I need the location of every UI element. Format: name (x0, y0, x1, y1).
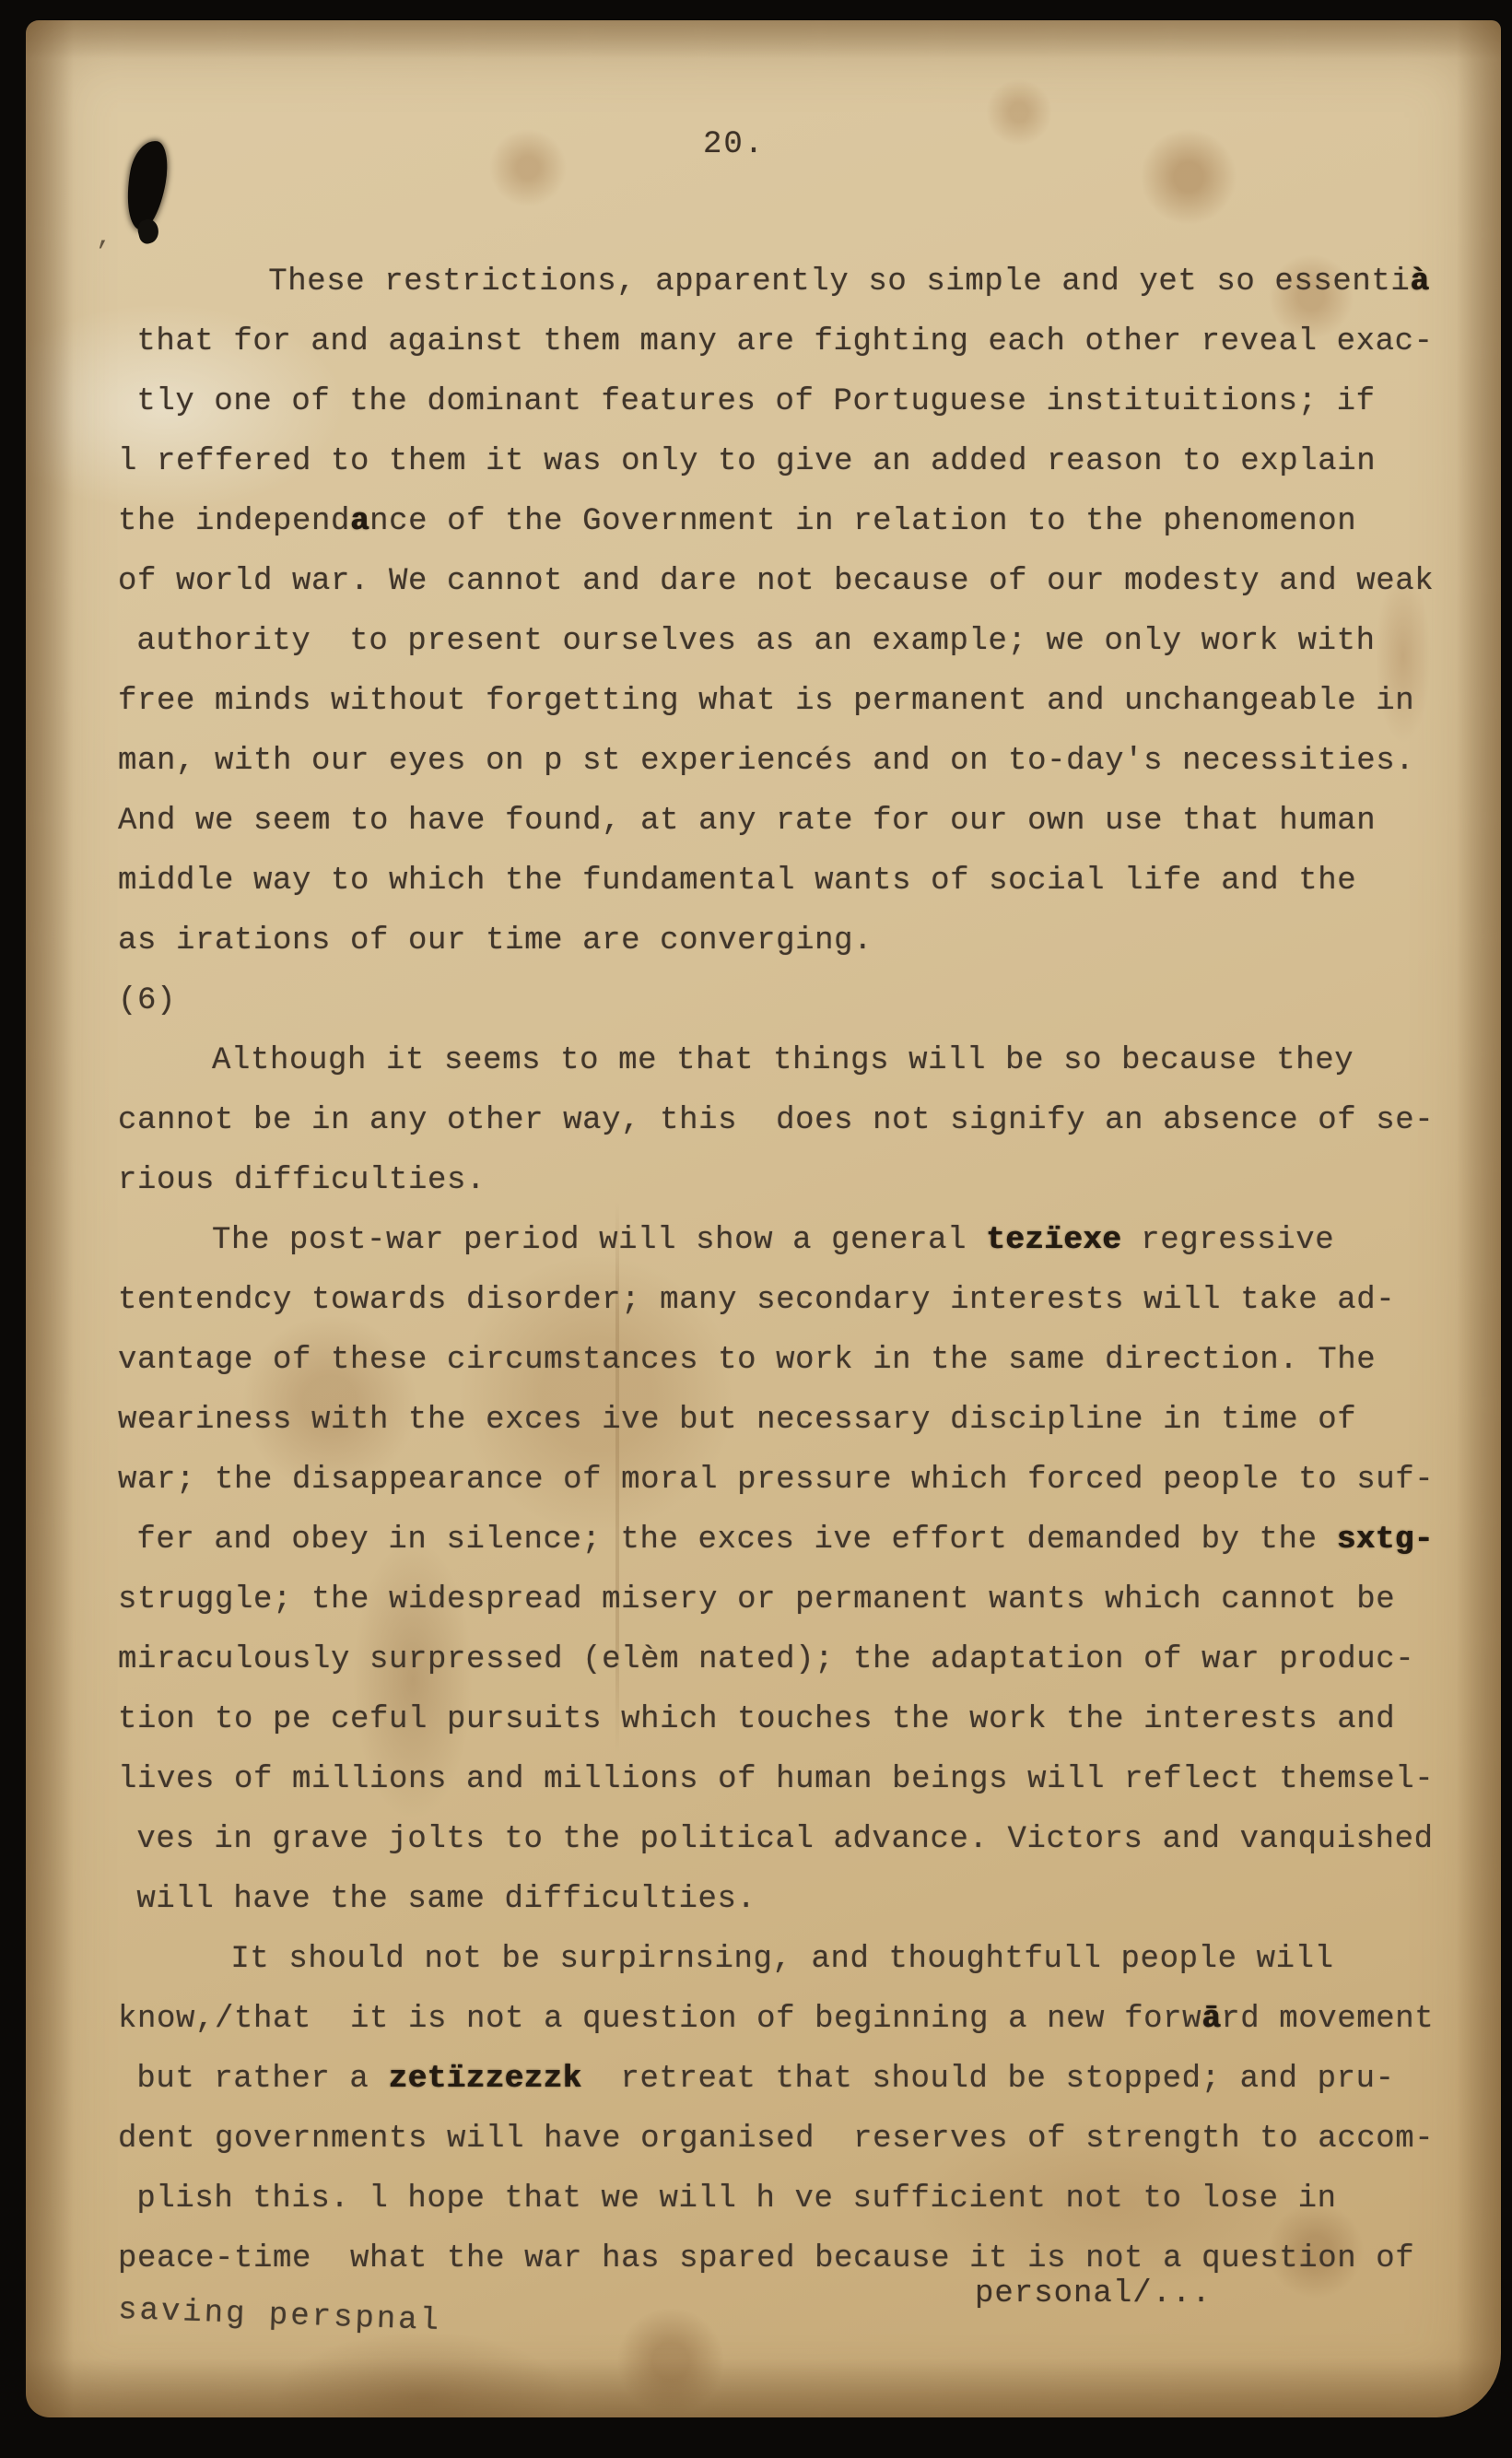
typed-line: will have the same difficulties. (118, 1870, 1500, 1930)
typed-line: fer and obey in silence; the exces ive e… (118, 1511, 1500, 1570)
typed-line: struggle; the widespread misery or perma… (118, 1570, 1500, 1630)
typed-text: will have the same difficulties. (136, 1882, 756, 1917)
typed-line: weariness with the exces ive but necessa… (118, 1391, 1500, 1451)
typed-line: authority to present ourselves as an exa… (118, 612, 1500, 672)
typed-text: lives of millions and millions of human … (118, 1762, 1434, 1797)
typed-text: middle way to which the fundamental want… (118, 864, 1356, 899)
typed-line: rious difficulties. (118, 1151, 1500, 1211)
typed-text: It should not be surpirnsing, and though… (230, 1942, 1333, 1977)
typed-text: that for and against them many are fight… (136, 324, 1433, 359)
typed-text: And we seem to have found, at any rate f… (118, 804, 1376, 839)
typed-text: regressive (1121, 1223, 1334, 1258)
typed-line: plish this. l hope that we will h ve suf… (118, 2170, 1500, 2229)
typed-line: that for and against them many are fight… (118, 312, 1500, 372)
typed-line: know,/that it is not a question of begin… (118, 1990, 1500, 2050)
typed-line: tion to pe ceful pursuits which touches … (118, 1690, 1500, 1750)
typed-line: It should not be surpirnsing, and though… (118, 1930, 1500, 1990)
typed-text: rious difficulties. (118, 1163, 486, 1198)
overstruck-text: a (350, 504, 369, 539)
overstruck-text: ā (1201, 2002, 1221, 2037)
typed-line: These restrictions, apparently so simple… (118, 253, 1500, 312)
typed-lines: These restrictions, apparently so simple… (118, 253, 1500, 2289)
footer-catchline: saving perspnal (117, 2293, 441, 2339)
typed-text: tly one of the dominant features of Port… (136, 384, 1375, 419)
typed-line: miraculously surpressed (elèm nated); th… (118, 1630, 1500, 1690)
typed-text: peace-time what the war has spared becau… (118, 2241, 1414, 2276)
typed-line: war; the disappearance of moral pressure… (118, 1451, 1500, 1511)
overstruck-text: à (1410, 265, 1429, 300)
typed-text: dent governments will have organised res… (118, 2122, 1434, 2157)
typed-line: but rather a zetïzzezzk retreat that sho… (118, 2050, 1500, 2110)
typed-text: (6) (118, 983, 176, 1018)
typed-text: These restrictions, apparently so simple… (268, 265, 1410, 300)
typed-text: weariness with the exces ive but necessa… (118, 1403, 1356, 1438)
footer-catchword: personal/... (975, 2276, 1212, 2311)
typed-text: the independ (118, 504, 350, 539)
typed-text: plish this. l hope that we will h ve suf… (136, 2182, 1336, 2217)
typed-line: tentendcy towards disorder; many seconda… (118, 1271, 1500, 1331)
typed-line: tly one of the dominant features of Port… (118, 372, 1500, 432)
typed-line: ves in grave jolts to the political adva… (118, 1810, 1500, 1870)
typed-line: (6) (118, 971, 1500, 1031)
typed-line: as irations of our time are converging. (118, 911, 1500, 971)
typed-text: cannot be in any other way, this does no… (118, 1103, 1434, 1138)
typed-text: struggle; the widespread misery or perma… (118, 1582, 1395, 1617)
stray-mark: ’ (94, 238, 111, 269)
typed-text: ves in grave jolts to the political adva… (136, 1822, 1433, 1857)
typed-text: vantage of these circumstances to work i… (118, 1343, 1376, 1378)
typed-text: of world war. We cannot and dare not bec… (118, 564, 1434, 599)
typed-line: lives of millions and millions of human … (118, 1750, 1500, 1810)
typed-line: man, with our eyes on p st experiencés a… (118, 732, 1500, 792)
typed-text: as irations of our time are converging. (118, 923, 873, 959)
overstruck-text: sxtg- (1337, 1523, 1434, 1558)
typed-line: The post-war period will show a general … (118, 1211, 1500, 1271)
paper-sheet: 20. These restrictions, apparently so si… (26, 20, 1501, 2417)
typed-line: the independance of the Government in re… (118, 492, 1500, 552)
typed-text: fer and obey in silence; the exces ive e… (136, 1523, 1336, 1558)
typed-text: The post-war period will show a general (212, 1223, 986, 1258)
typed-text: know,/that it is not a question of begin… (118, 2002, 1201, 2037)
page-number: 20. (703, 127, 765, 162)
typed-text: miraculously surpressed (elèm nated); th… (118, 1642, 1414, 1677)
typed-text: l reffered to them it was only to give a… (118, 444, 1376, 479)
typed-text: retreat that should be stopped; and pru- (581, 2062, 1394, 2097)
typed-line: middle way to which the fundamental want… (118, 852, 1500, 911)
typed-line: Although it seems to me that things will… (118, 1031, 1500, 1091)
overstruck-text: tezïexe (986, 1223, 1121, 1258)
typed-line: cannot be in any other way, this does no… (118, 1091, 1500, 1151)
typed-text: but rather a (136, 2062, 388, 2097)
typed-line: l reffered to them it was only to give a… (118, 432, 1500, 492)
typed-text: nce of the Government in relation to the… (369, 504, 1356, 539)
scan-background: 20. These restrictions, apparently so si… (0, 0, 1512, 2458)
typed-line: vantage of these circumstances to work i… (118, 1331, 1500, 1391)
typed-line: free minds without forgetting what is pe… (118, 672, 1500, 732)
typed-line: dent governments will have organised res… (118, 2110, 1500, 2170)
typed-line: And we seem to have found, at any rate f… (118, 792, 1500, 852)
typed-line: peace-time what the war has spared becau… (118, 2229, 1500, 2289)
overstruck-text: zetïzzezzk (388, 2062, 581, 2097)
typed-text: war; the disappearance of moral pressure… (118, 1463, 1434, 1498)
typed-text: tion to pe ceful pursuits which touches … (118, 1702, 1395, 1737)
typed-line: of world war. We cannot and dare not bec… (118, 552, 1500, 612)
typed-text: tentendcy towards disorder; many seconda… (118, 1283, 1395, 1318)
typed-text: authority to present ourselves as an exa… (136, 624, 1375, 659)
typed-text: Although it seems to me that things will… (212, 1043, 1354, 1078)
typed-text: free minds without forgetting what is pe… (118, 684, 1414, 719)
typed-text: man, with our eyes on p st experiencés a… (118, 744, 1414, 779)
typed-text: rd movement (1221, 2002, 1434, 2037)
